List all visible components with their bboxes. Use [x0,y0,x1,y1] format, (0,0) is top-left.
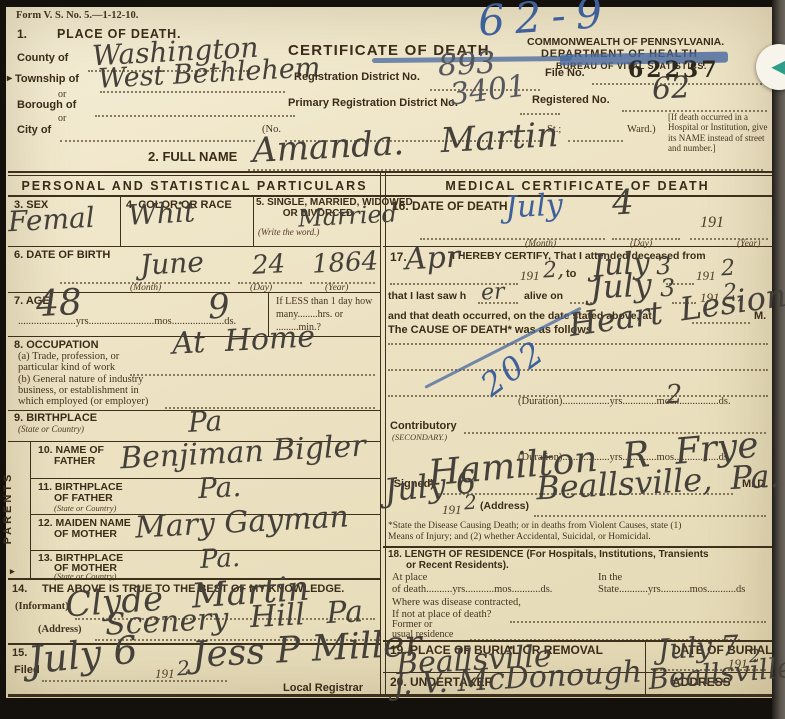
township-marker: ▸ [7,73,12,84]
dotted-leader [388,368,768,371]
dotted-leader [568,139,623,142]
left-arrow-icon: ◀ [771,56,785,78]
cell-divider [645,640,646,694]
residence-label-line2: or Recent Residents). [406,560,509,571]
of-death-duration-line: of death..........yrs...........mos.....… [392,584,552,595]
or-word: or [58,113,66,124]
rule-line [383,546,772,548]
local-registrar-label: Local Registrar [283,682,363,694]
hospital-note: [If death occurred in a Hospital or Inst… [668,112,776,153]
residence-label-line1: 18. LENGTH OF RESIDENCE (For Hospitals, … [388,549,709,560]
sex-value: Femal [7,204,95,236]
father-name-label2: FATHER [54,455,95,467]
rule-line [8,171,772,173]
dotted-leader [388,342,768,345]
duration-months-value: 2 [665,382,683,409]
footnote-line1: *State the Disease Causing Death; or in … [388,521,681,531]
duration-line-1: (Duration)..................yrs.........… [518,396,731,407]
cell-divider [120,196,121,246]
parents-group-label: PARENTS [2,442,14,574]
filed-number: 15. [12,647,27,659]
dod-year-printed: 191 [700,214,724,232]
race-value: Whit [127,198,195,229]
dotted-leader [42,679,227,682]
father-birthplace-caption: (State or Country) [54,503,116,513]
signed-address-label: (Address) [480,500,529,512]
township-label: Township of [15,73,79,85]
occupation-value: At Home [171,322,316,359]
section1-number: 1. [17,27,27,41]
from-year-digit: 2, [542,259,564,282]
city-label: City of [17,124,51,136]
to-year-digit: 2 [720,258,735,281]
at-place-label: At place [392,572,427,583]
occupation-b-line3: which employed (or employer) [18,396,148,407]
filed-date-value: July 6 [26,630,139,679]
occupation-label: 8. OCCUPATION [14,339,99,351]
year-191-printed: 191 [696,268,716,284]
borough-label: Borough of [17,99,76,111]
cell-divider [253,196,254,246]
dotted-leader [534,514,766,517]
year-caption: (Year) [737,239,760,249]
alive-on-label: alive on [524,290,563,302]
state-duration-line: State...........yrs...........mos.......… [598,584,745,595]
birthplace-label: 9. BIRTHPLACE [14,412,97,424]
blue-filing-mark: 62-9 [477,0,614,43]
dob-year-value: 1864 [311,248,378,277]
left-column-title: PERSONAL AND STATISTICAL PARTICULARS [8,179,381,193]
primary-registration-label: Primary Registration District No. [288,97,458,109]
occupation-b-line1: (b) General nature of industry [18,374,143,385]
dod-month-value: July [504,191,563,224]
parents-bracket-line [30,441,31,580]
year-191-printed: 191 [442,502,462,518]
mother-name-label2: OF MOTHER [54,528,117,540]
right-column-title: MEDICAL CERTIFICATE OF DEATH [383,179,772,193]
parents-arrow-marker: ▸ [10,566,15,577]
occupation-a-line1: (a) Trade, profession, or [18,351,119,362]
dotted-leader [510,620,766,623]
ward-label: Ward.) [627,124,656,135]
attended-from-value: Apr [404,243,461,276]
dotted-leader [95,114,295,117]
secondary-caption: (SECONDARY.) [392,432,447,442]
form-number: Form V. S. No. 5.—1-12-10. [16,10,138,21]
footnote-line2: Means of Injury; and (2) whether Acciden… [388,532,651,542]
month-caption: (Month) [525,239,556,249]
filed-year-digit: 2 [176,658,190,679]
contributory-label: Contributory [390,420,457,432]
birthplace-value: Pa [187,407,223,437]
dotted-leader [60,139,255,142]
to-word: to [566,268,576,280]
signed-year-digit: 2 [463,492,477,513]
marital-value: Married [297,201,397,230]
disease-contracted-label: Where was disease contracted, [392,597,521,608]
usual-residence-label: usual residence [392,629,453,640]
registered-no-label: Registered No. [532,94,610,106]
year-191-printed: 191 [520,268,540,284]
last-saw-statement: that I last saw h [388,290,466,302]
full-name-label: 2. FULL NAME [148,149,237,164]
occupation-b-line2: business, or establishment in [18,385,139,396]
cause-of-death-label: The CAUSE OF DEATH* was as follows [388,324,592,336]
dod-day-value: 4 [611,185,634,220]
filed-year-printed: 191 [155,666,175,682]
primary-registration-value: 3401 [448,71,527,110]
mother-birthplace-value: Pa. [199,545,240,573]
death-certificate-scan: Form V. S. No. 5.—1-12-10. 1. PLACE OF D… [0,0,785,719]
rule-line [8,175,772,176]
occupation-a-line2: particular kind of work [18,362,115,373]
registration-district-label: Registration District No. [294,71,420,83]
age-months-value: 9 [207,289,230,324]
dotted-leader [130,373,375,376]
scan-edge [772,0,785,719]
county-label: County of [17,52,68,64]
father-birthplace-value: Pa. [197,473,242,503]
age-years-value: 48 [35,285,83,323]
dob-day-value: 24 [251,251,285,279]
dob-label: 6. DATE OF BIRTH [14,249,110,261]
column-divider [380,171,386,694]
registered-no-value: 62 [651,73,691,105]
file-no-label: File No. [545,67,585,79]
dod-label: 16. DATE OF DEATH [392,199,508,213]
her-overwrite: er [480,281,505,304]
in-the-label: In the [598,572,622,583]
truth-number: 14. [12,583,27,595]
state-country-caption: (State or Country) [18,424,84,434]
dob-month-value: June [139,248,204,279]
informant-label: (Informant) [15,601,69,612]
